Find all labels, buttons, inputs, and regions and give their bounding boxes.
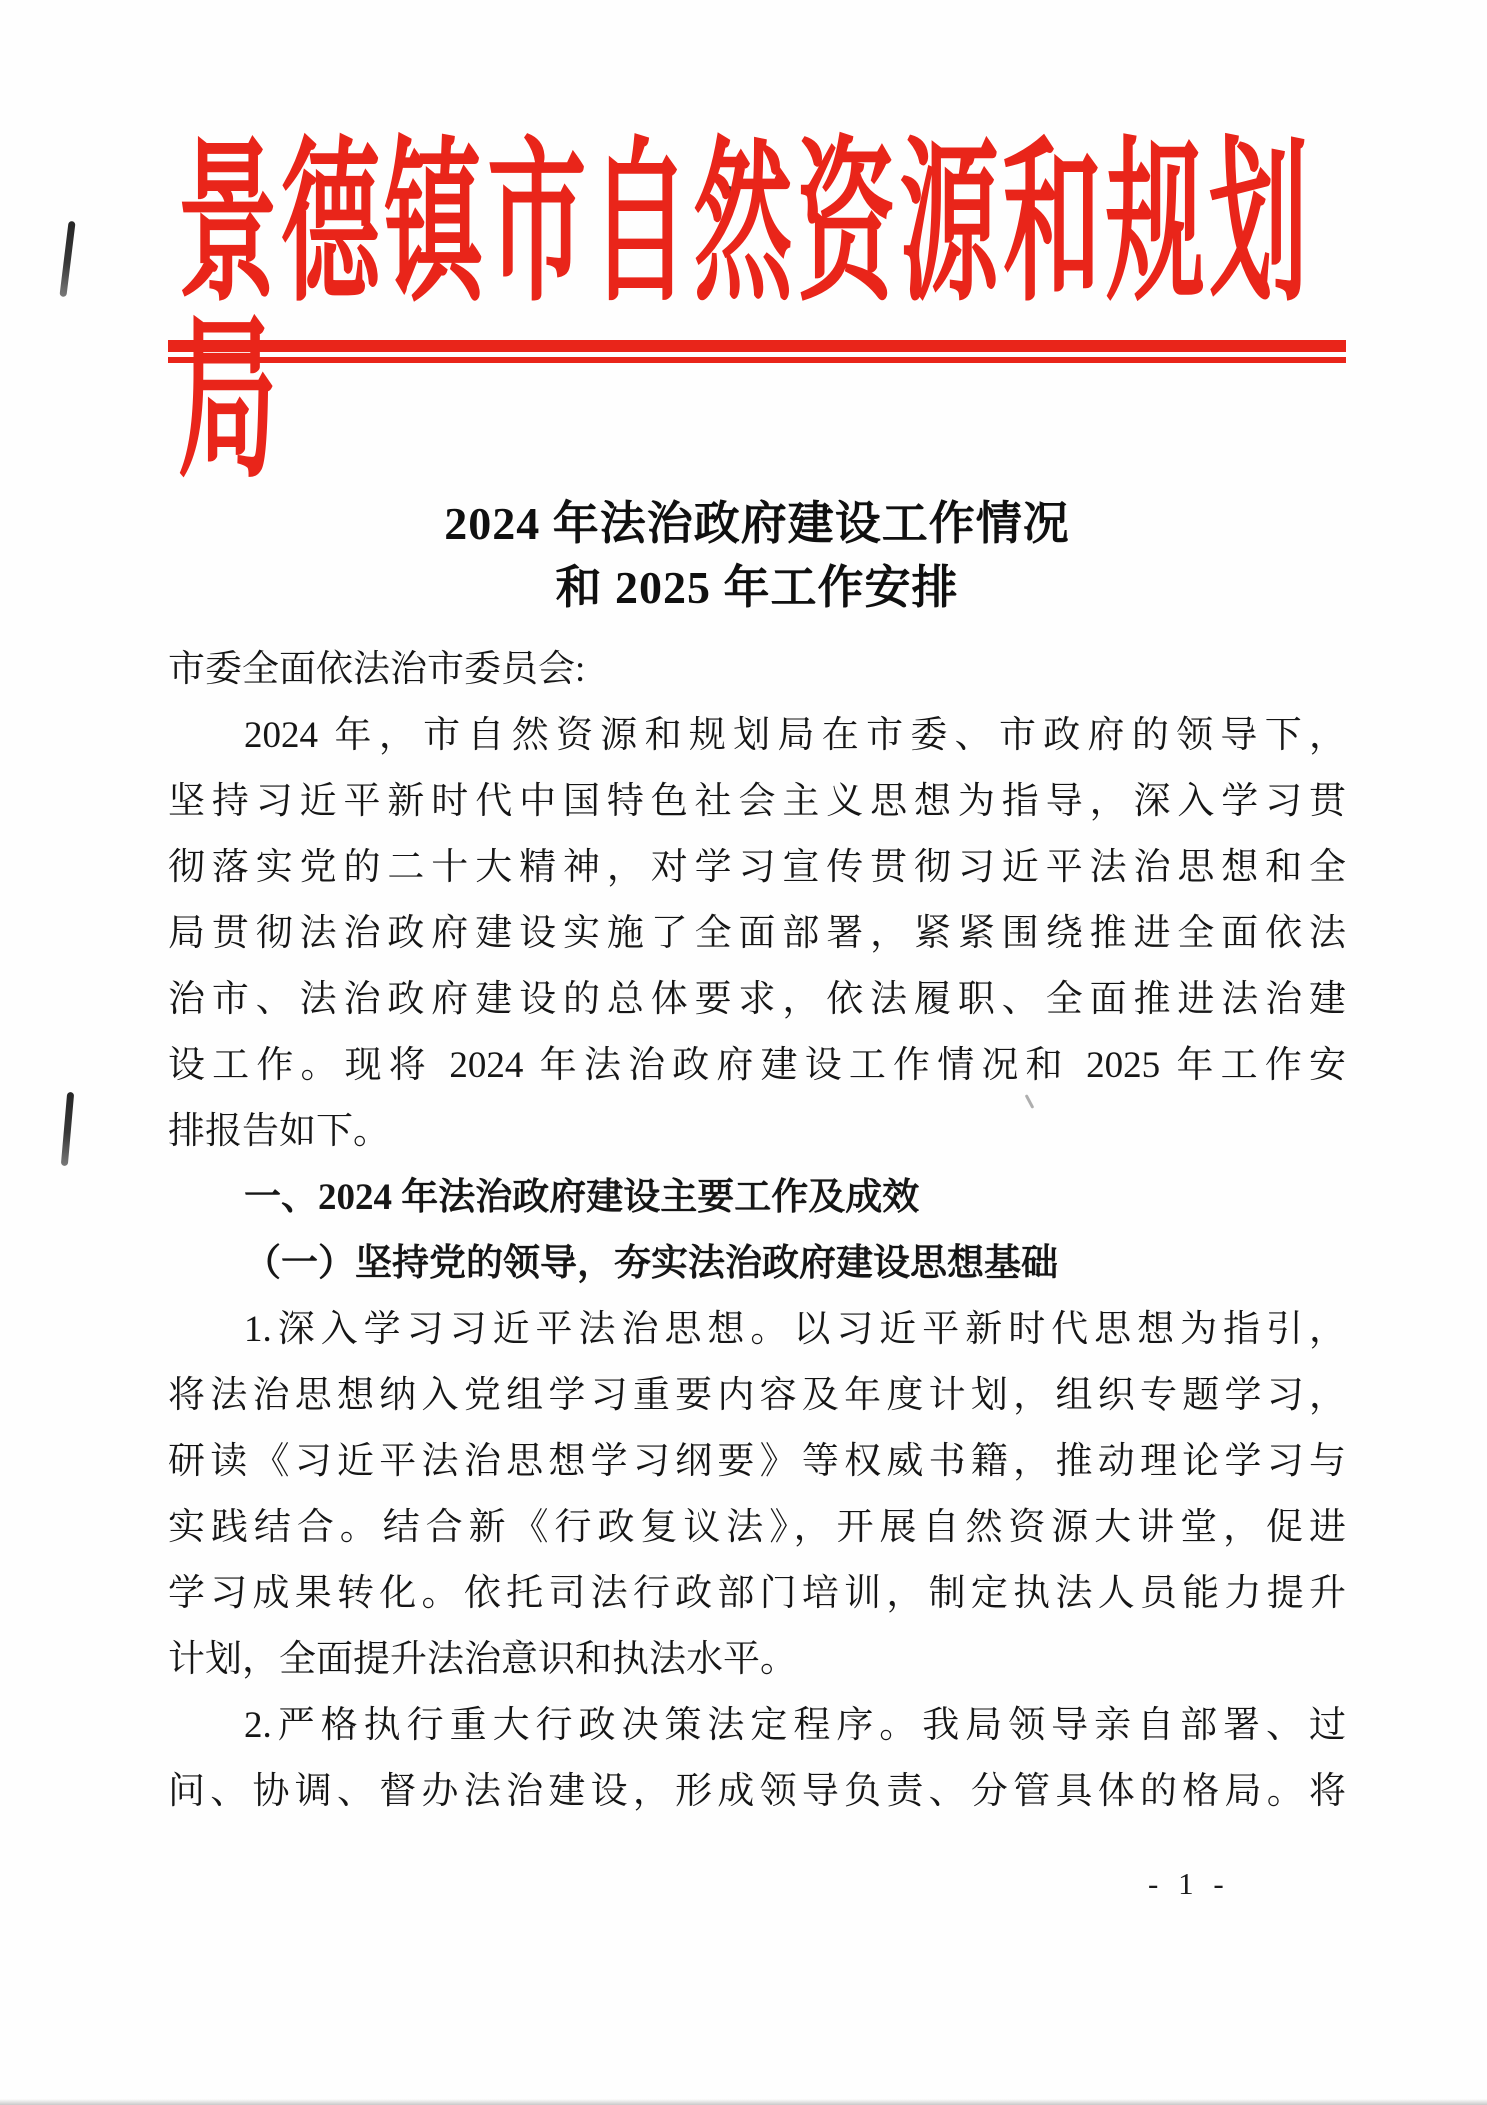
document-title-line1: 2024 年法治政府建设工作情况 [168,492,1346,556]
body-line: 彻落实党的二十大精神，对学习宣传贯彻习近平法治思想和全 [168,835,1346,901]
body-line: 排报告如下。 [168,1099,1346,1165]
page-edge-shadow [0,2099,1487,2105]
scanned-document-page: 景德镇市自然资源和规划局 2024 年法治政府建设工作情况 和 2025 年工作… [0,0,1487,2105]
body-line: （一）坚持党的领导，夯实法治政府建设思想基础 [168,1231,1346,1297]
binding-mark-artifact [61,1092,74,1166]
body-line: 研读《习近平法治思想学习纲要》等权威书籍，推动理论学习与 [168,1429,1346,1495]
body-line: 局贯彻法治政府建设实施了全面部署，紧紧围绕推进全面依法 [168,901,1346,967]
body-line: 设工作。现将 2024 年法治政府建设工作情况和 2025 年工作安 [168,1033,1346,1099]
document-title: 2024 年法治政府建设工作情况 和 2025 年工作安排 [168,492,1346,620]
document-title-line2: 和 2025 年工作安排 [168,556,1346,620]
body-line: 问、协调、督办法治建设，形成领导负责、分管具体的格局。将 [168,1759,1346,1825]
page-number: - 1 - [1148,1866,1230,1902]
binding-mark-artifact [59,221,75,297]
body-line: 计划，全面提升法治意识和执法水平。 [168,1627,1346,1693]
letterhead-org-name: 景德镇市自然资源和规划局 [178,138,1308,490]
body-line: 2.严格执行重大行政决策法定程序。我局领导亲自部署、过 [168,1693,1346,1759]
body-line: 2024 年，市自然资源和规划局在市委、市政府的领导下， [168,703,1346,769]
body-line: 将法治思想纳入党组学习重要内容及年度计划，组织专题学习， [168,1363,1346,1429]
body-line: 市委全面依法治市委员会: [168,637,1346,703]
body-line: 1.深入学习习近平法治思想。以习近平新时代思想为指引， [168,1297,1346,1363]
body-line: 学习成果转化。依托司法行政部门培训，制定执法人员能力提升 [168,1561,1346,1627]
body-line: 一、2024 年法治政府建设主要工作及成效 [168,1165,1346,1231]
document-body: 市委全面依法治市委员会:2024 年，市自然资源和规划局在市委、市政府的领导下，… [168,637,1346,1825]
body-line: 治市、法治政府建设的总体要求，依法履职、全面推进法治建 [168,967,1346,1033]
body-line: 坚持习近平新时代中国特色社会主义思想为指导，深入学习贯 [168,769,1346,835]
letterhead-rule-thick [168,340,1346,352]
body-line: 实践结合。结合新《行政复议法》，开展自然资源大讲堂，促进 [168,1495,1346,1561]
letterhead-rule-thin [168,357,1346,363]
